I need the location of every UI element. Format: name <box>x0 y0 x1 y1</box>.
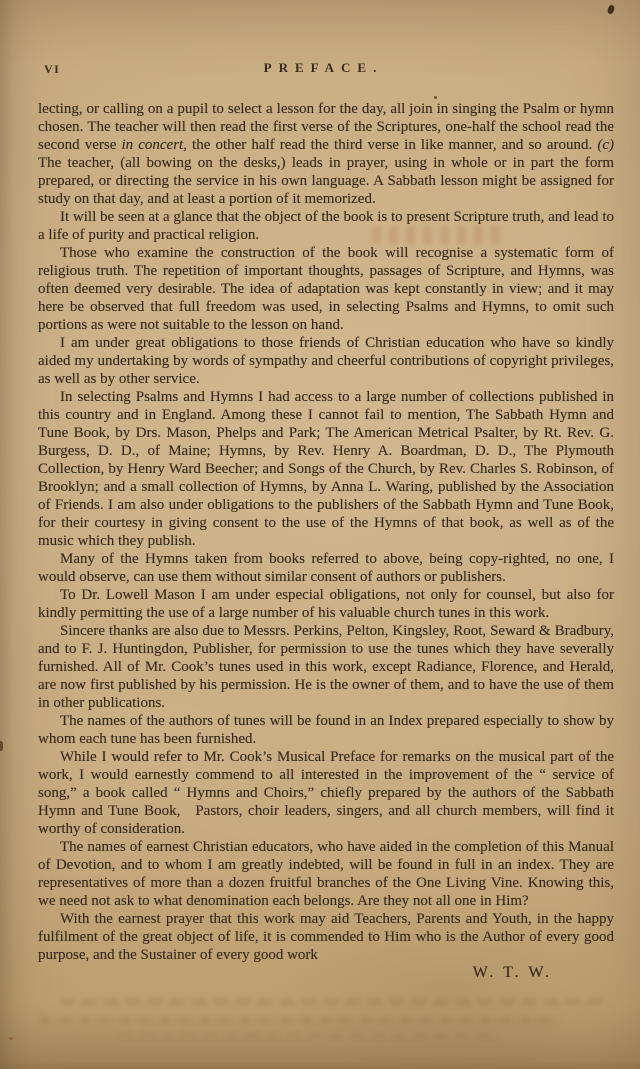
author-initials: W. T. W. <box>38 964 614 982</box>
paragraph: Many of the Hymns taken from books refer… <box>38 550 614 586</box>
paragraph-text-run: Those who examine the construction of th… <box>38 245 614 333</box>
book-page: VI PREFACE. lecting, or calling on a pup… <box>0 0 640 1069</box>
paragraph-text-run: the other half read the third verse in l… <box>187 137 597 153</box>
paragraph-text-run: With the earnest prayer that this work m… <box>38 911 614 963</box>
paragraph: Those who examine the construction of th… <box>38 244 614 334</box>
page-title: PREFACE. <box>0 60 640 76</box>
paragraph: While I would refer to Mr. Cook’s Musica… <box>38 748 614 838</box>
paragraph: The names of the authors of tunes will b… <box>38 712 614 748</box>
page-showthrough <box>60 998 605 1006</box>
page-number: VI <box>44 62 60 77</box>
page-showthrough <box>120 1032 500 1039</box>
ink-speck <box>607 4 615 14</box>
paragraph-text-run: The names of the authors of tunes will b… <box>38 713 614 747</box>
paragraph-italic-run: in concert, <box>121 137 186 153</box>
paragraph-text-run: The names of earnest Christian educators… <box>38 839 614 909</box>
paragraph: Sincere thanks are also due to Messrs. P… <box>38 622 614 712</box>
ink-speck <box>9 1037 13 1040</box>
paragraph-italic-run: (c) <box>597 137 614 153</box>
page-header: VI PREFACE. <box>0 60 640 80</box>
paragraph-text-run: To Dr. Lowell Mason I am under especial … <box>38 587 614 621</box>
page-showthrough <box>40 1016 560 1024</box>
paragraph-text-run: Many of the Hymns taken from books refer… <box>38 551 614 585</box>
preface-text: lecting, or calling on a pupil to select… <box>38 100 614 982</box>
paragraph: It will be seen at a glance that the obj… <box>38 208 614 244</box>
paragraph-text-run: While I would refer to Mr. Cook’s Musica… <box>38 749 614 837</box>
paragraph-text-run: The teacher, (all bowing on the desks,) … <box>38 155 614 207</box>
paragraph: In selecting Psalms and Hymns I had acce… <box>38 388 614 550</box>
paragraph-text-run: In selecting Psalms and Hymns I had acce… <box>38 389 614 549</box>
paragraph: The names of earnest Christian educators… <box>38 838 614 910</box>
paragraph: lecting, or calling on a pupil to select… <box>38 100 614 208</box>
ink-speck <box>0 741 3 751</box>
paragraph: To Dr. Lowell Mason I am under especial … <box>38 586 614 622</box>
paragraph-text-run: It will be seen at a glance that the obj… <box>38 209 614 243</box>
paragraph: With the earnest prayer that this work m… <box>38 910 614 964</box>
paragraph: I am under great obligations to those fr… <box>38 334 614 388</box>
paragraph-text-run: I am under great obligations to those fr… <box>38 335 614 387</box>
paragraph-text-run: Sincere thanks are also due to Messrs. P… <box>38 623 614 711</box>
ink-speck <box>434 96 437 99</box>
